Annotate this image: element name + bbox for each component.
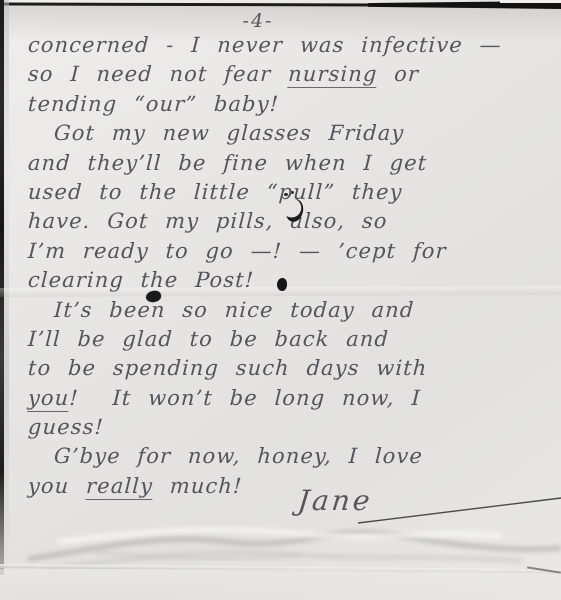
letter-line: tending “our” baby! <box>27 90 554 119</box>
letter-text: I’ll be glad to be back and <box>27 327 389 351</box>
letter-line: you! It won’t be long now, I <box>27 384 554 413</box>
signature: Jane <box>296 484 374 517</box>
letter-text: tending “our” baby! <box>27 92 279 116</box>
ink-blot-dot <box>291 191 294 194</box>
letter-line: Got my new glasses Friday <box>27 119 554 148</box>
letter-text: used to the little “pull” they <box>27 180 403 204</box>
letter-text: concerned - I never was infective — <box>27 33 502 57</box>
letter-text: G’bye for now, honey, I love <box>53 444 423 468</box>
letter-lines: concerned - I never was infective —so I … <box>28 31 553 501</box>
below-fold-area <box>0 569 561 600</box>
letter-text: have. Got my pills, also, so <box>27 209 388 233</box>
underlined-word: really <box>85 474 153 500</box>
letter-text: It’s been so nice today and <box>53 298 415 322</box>
letter-line: guess! <box>27 413 554 442</box>
letter-text: so I need not fear <box>27 62 288 86</box>
letter-line: It’s been so nice today and <box>27 296 554 325</box>
letter-line: you really much! <box>27 472 554 501</box>
letter-text: or <box>377 62 420 86</box>
letter-text: ! It won’t be long now, I <box>69 386 422 410</box>
ink-blot-dot <box>284 193 288 196</box>
letter-line: to be spending such days with <box>27 354 554 383</box>
letter-text: much! <box>152 474 243 498</box>
underlined-word: you <box>27 386 70 412</box>
page-number: -4- <box>228 10 288 32</box>
letter-text: you <box>27 474 86 498</box>
letter-line: G’bye for now, honey, I love <box>27 442 554 471</box>
letter-text: guess! <box>27 415 104 439</box>
letter-line: and they’ll be fine when I get <box>27 149 554 178</box>
letter-line: concerned - I never was infective — <box>27 31 554 60</box>
letter-line: I’m ready to go —! — ’cept for <box>27 237 554 266</box>
letter-line: so I need not fear nursing or <box>27 60 554 89</box>
letter-text: to be spending such days with <box>27 356 428 380</box>
letter-text: and they’ll be fine when I get <box>27 151 428 175</box>
letter-line: clearing the Post! <box>27 266 554 295</box>
scanned-letter-page: -4- concerned - I never was infective —s… <box>0 0 561 600</box>
letter-text: Got my new glasses Friday <box>53 121 405 145</box>
letter-text: I’m ready to go —! — ’cept for <box>27 239 447 263</box>
paper-top-right-highlight <box>500 0 561 3</box>
letter-line: I’ll be glad to be back and <box>27 325 554 354</box>
letter-text: clearing the Post! <box>27 268 255 292</box>
underlined-word: nursing <box>287 62 378 88</box>
